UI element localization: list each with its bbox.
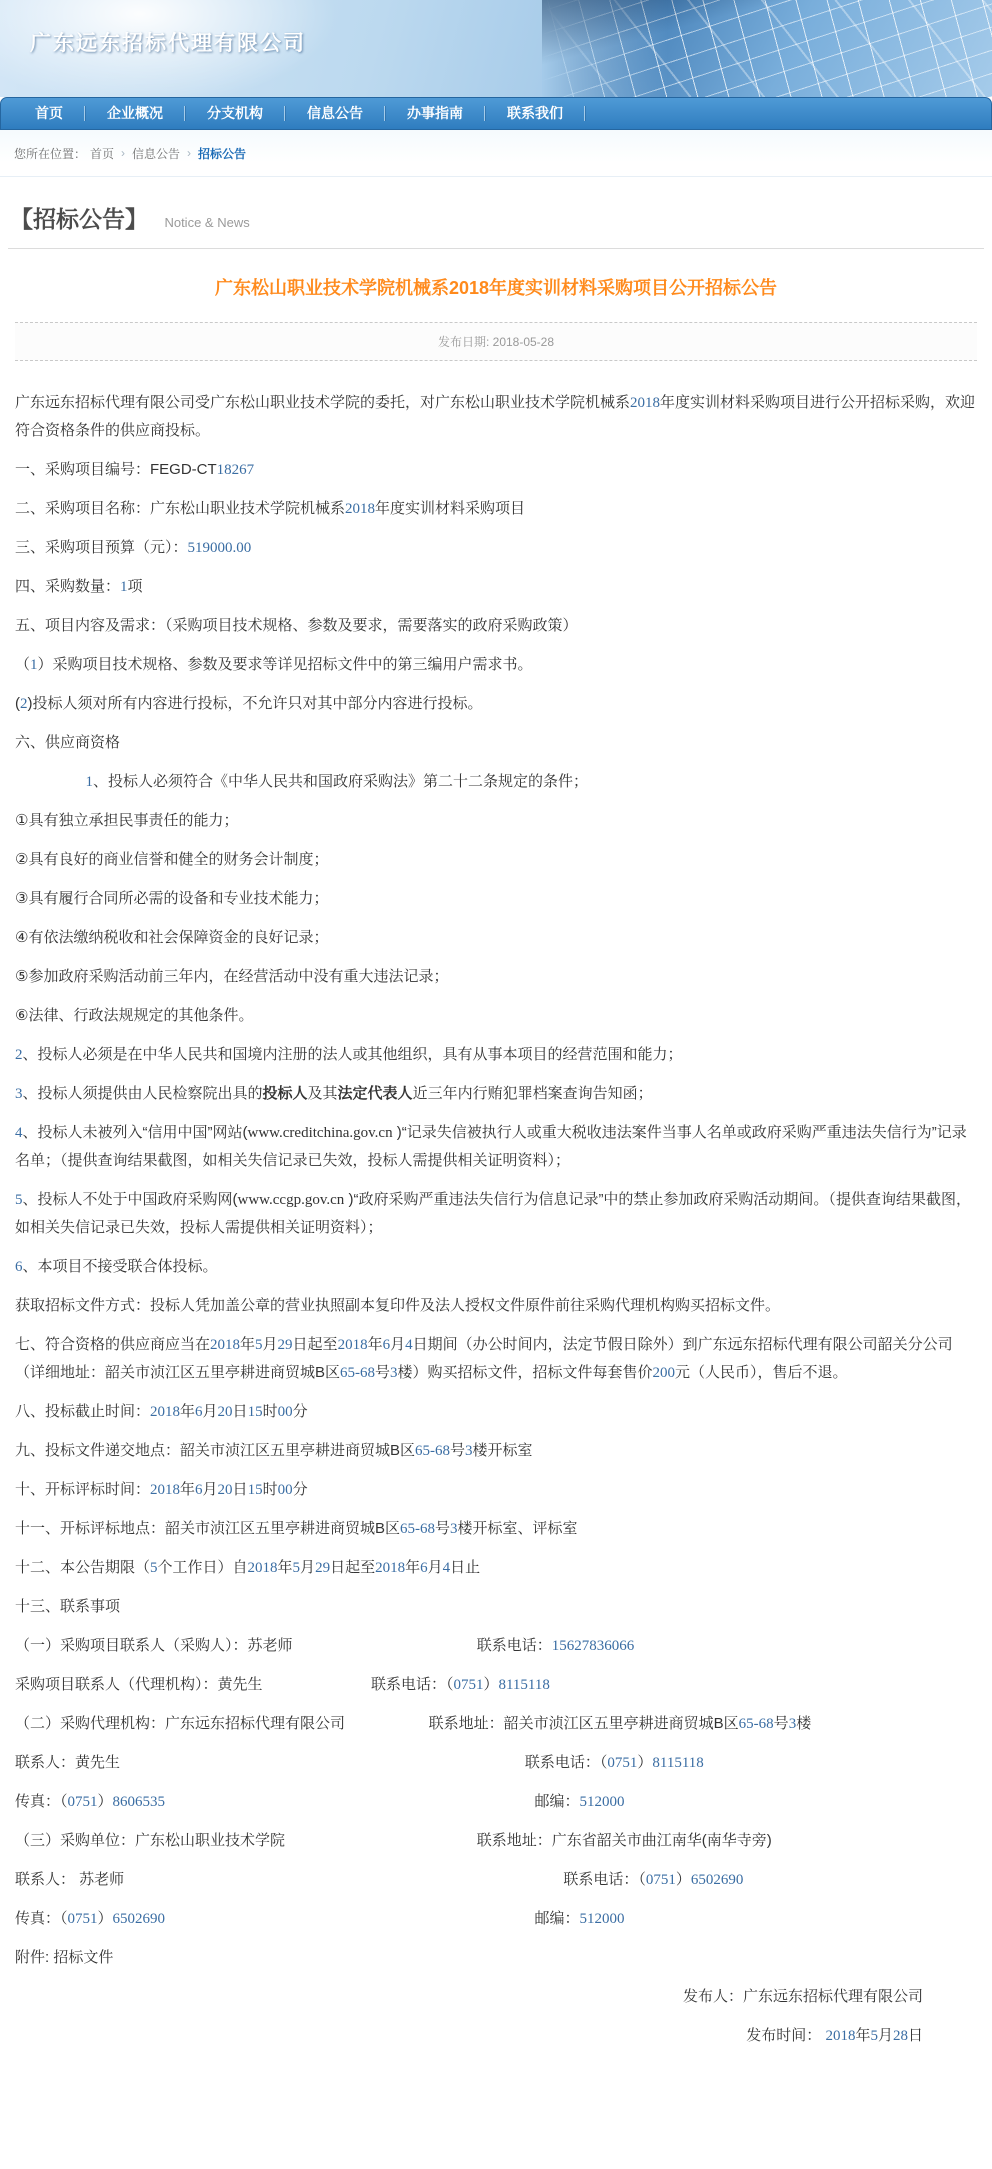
qualification-cond-2: ②具有良好的商业信誉和健全的财务会计制度； — [15, 846, 977, 874]
nav-item-company-profile[interactable]: 企业概况 — [85, 98, 185, 129]
nav-item-branches[interactable]: 分支机构 — [185, 98, 285, 129]
page-title: 【招标公告】 — [10, 206, 148, 232]
attachment-row: 附件: 招标文件 — [15, 1944, 977, 1972]
item-announcement-period: 十二、本公告期限（5个工作日）自2018年5月29日起至2018年6月4日止 — [15, 1554, 977, 1582]
document-obtain-method: 获取招标文件方式：投标人凭加盖公章的营业执照副本复印件及法人授权文件原件前往采购… — [15, 1292, 977, 1320]
banner-building-graphic — [542, 0, 992, 97]
breadcrumb-separator-icon: › — [121, 146, 125, 160]
item-content-requirements: 五、项目内容及需求：（采购项目技术规格、参数及要求，需要落实的政府采购政策） — [15, 612, 977, 640]
item-bid-opening-place: 十一、开标评标地点：韶关市浈江区五里亭耕进商贸城B区65-68号3楼开标室、评标… — [15, 1515, 977, 1543]
main-nav: 首页 企业概况 分支机构 信息公告 办事指南 联系我们 — [0, 97, 992, 130]
nav-item-home[interactable]: 首页 — [13, 98, 85, 129]
contact-row-agency-fax: 传真：（0751）8606535 邮编：512000 — [15, 1788, 977, 1816]
qualification-cond-1: ①具有独立承担民事责任的能力； — [15, 807, 977, 835]
qualification-item-4: 4、投标人未被列入“信用中国”网站(www.creditchina.gov.cn… — [15, 1119, 977, 1175]
breadcrumb-link-announcements[interactable]: 信息公告 — [132, 145, 180, 162]
item-bid-deadline: 八、投标截止时间：2018年6月20日15时00分 — [15, 1398, 977, 1426]
qualification-item-3: 3、投标人须提供由人民检察院出具的投标人及其法定代表人近三年内行贿犯罪档案查询告… — [15, 1080, 977, 1108]
company-name: 广东远东招标代理有限公司 — [30, 27, 306, 57]
qualification-item-5: 5、投标人不处于中国政府采购网(www.ccgp.gov.cn )“政府采购严重… — [15, 1186, 977, 1242]
item-quantity: 四、采购数量：1项 — [15, 573, 977, 601]
item-project-number: 一、采购项目编号：FEGD-CT18267 — [15, 456, 977, 484]
contact-row-purchasing-unit: （三）采购单位：广东松山职业技术学院 联系地址：广东省韶关市曲江南华(南华寺旁) — [15, 1827, 977, 1855]
item-requirements-sub1: （1）采购项目技术规格、参数及要求等详见招标文件中的第三编用户需求书。 — [15, 651, 977, 679]
qualification-cond-5: ⑤参加政府采购活动前三年内，在经营活动中没有重大违法记录； — [15, 963, 977, 991]
contact-row-agency-person: 联系人：黄先生 联系电话：（0751）8115118 — [15, 1749, 977, 1777]
qualification-cond-4: ④有依法缴纳税收和社会保障资金的良好记录； — [15, 924, 977, 952]
item-contact-matters: 十三、联系事项 — [15, 1593, 977, 1621]
item-document-purchase: 七、符合资格的供应商应当在2018年5月29日起至2018年6月4日期间（办公时… — [15, 1331, 977, 1387]
breadcrumb-separator-icon: › — [187, 146, 191, 160]
publish-date-bar: 发布日期: 2018-05-28 — [15, 322, 977, 361]
section-header: 【招标公告】 Notice & News — [8, 177, 984, 249]
publish-date-label: 发布日期: — [438, 335, 489, 349]
announcement-body: 广东远东招标代理有限公司受广东松山职业技术学院的委托，对广东松山职业技术学院机械… — [15, 389, 977, 2050]
announcement-article: 广东松山职业技术学院机械系2018年度实训材料采购项目公开招标公告 发布日期: … — [0, 275, 992, 2119]
attachment-link[interactable]: 招标文件 — [53, 1949, 113, 1966]
nav-item-contact-us[interactable]: 联系我们 — [485, 98, 585, 129]
page-subtitle-en: Notice & News — [164, 215, 249, 230]
page: 广东远东招标代理有限公司 首页 企业概况 分支机构 信息公告 办事指南 联系我们… — [0, 0, 992, 2119]
contact-row-agency: （二）采购代理机构：广东远东招标代理有限公司 联系地址：韶关市浈江区五里亭耕进商… — [15, 1710, 977, 1738]
item-project-name: 二、采购项目名称：广东松山职业技术学院机械系2018年度实训材料采购项目 — [15, 495, 977, 523]
item-bid-opening-time: 十、开标评标时间：2018年6月20日15时00分 — [15, 1476, 977, 1504]
breadcrumb-prefix: 您所在位置： — [14, 145, 86, 162]
breadcrumb-current-page[interactable]: 招标公告 — [198, 145, 246, 162]
breadcrumb-link-home[interactable]: 首页 — [90, 145, 114, 162]
item-supplier-qualification: 六、供应商资格 — [15, 729, 977, 757]
nav-item-announcements[interactable]: 信息公告 — [285, 98, 385, 129]
publish-date-value: 2018-05-28 — [493, 335, 554, 349]
breadcrumb: 您所在位置： 首页 › 信息公告 › 招标公告 — [0, 130, 992, 177]
contact-row-purchaser: （一）采购项目联系人（采购人）：苏老师 联系电话：15627836066 — [15, 1632, 977, 1660]
contact-row-unit-fax: 传真：（0751）6502690 邮编：512000 — [15, 1905, 977, 1933]
qualification-item-1: 1、投标人必须符合《中华人民共和国政府采购法》第二十二条规定的条件； — [15, 768, 977, 796]
announcement-title: 广东松山职业技术学院机械系2018年度实训材料采购项目公开招标公告 — [55, 275, 937, 302]
item-bid-submission-place: 九、投标文件递交地点：韶关市浈江区五里亭耕进商贸城B区65-68号3楼开标室 — [15, 1437, 977, 1465]
publish-time-line: 发布时间： 2018年5月28日 — [15, 2022, 977, 2050]
qualification-cond-3: ③具有履行合同所必需的设备和专业技术能力； — [15, 885, 977, 913]
attachment-label: 附件: — [15, 1949, 49, 1966]
contact-row-agency-contact: 采购项目联系人（代理机构）：黄先生 联系电话：（0751）8115118 — [15, 1671, 977, 1699]
contact-row-unit-person: 联系人： 苏老师 联系电话：（0751）6502690 — [15, 1866, 977, 1894]
intro-paragraph: 广东远东招标代理有限公司受广东松山职业技术学院的委托，对广东松山职业技术学院机械… — [15, 389, 977, 445]
nav-item-service-guide[interactable]: 办事指南 — [385, 98, 485, 129]
qualification-item-2: 2、投标人必须是在中华人民共和国境内注册的法人或其他组织，具有从事本项目的经营范… — [15, 1041, 977, 1069]
qualification-cond-6: ⑥法律、行政法规规定的其他条件。 — [15, 1002, 977, 1030]
site-banner: 广东远东招标代理有限公司 — [0, 0, 992, 97]
qualification-item-6: 6、本项目不接受联合体投标。 — [15, 1253, 977, 1281]
item-project-budget: 三、采购项目预算（元）：519000.00 — [15, 534, 977, 562]
publisher-line: 发布人：广东远东招标代理有限公司 — [15, 1983, 977, 2011]
item-requirements-sub2: (2)投标人须对所有内容进行投标，不允许只对其中部分内容进行投标。 — [15, 690, 977, 718]
